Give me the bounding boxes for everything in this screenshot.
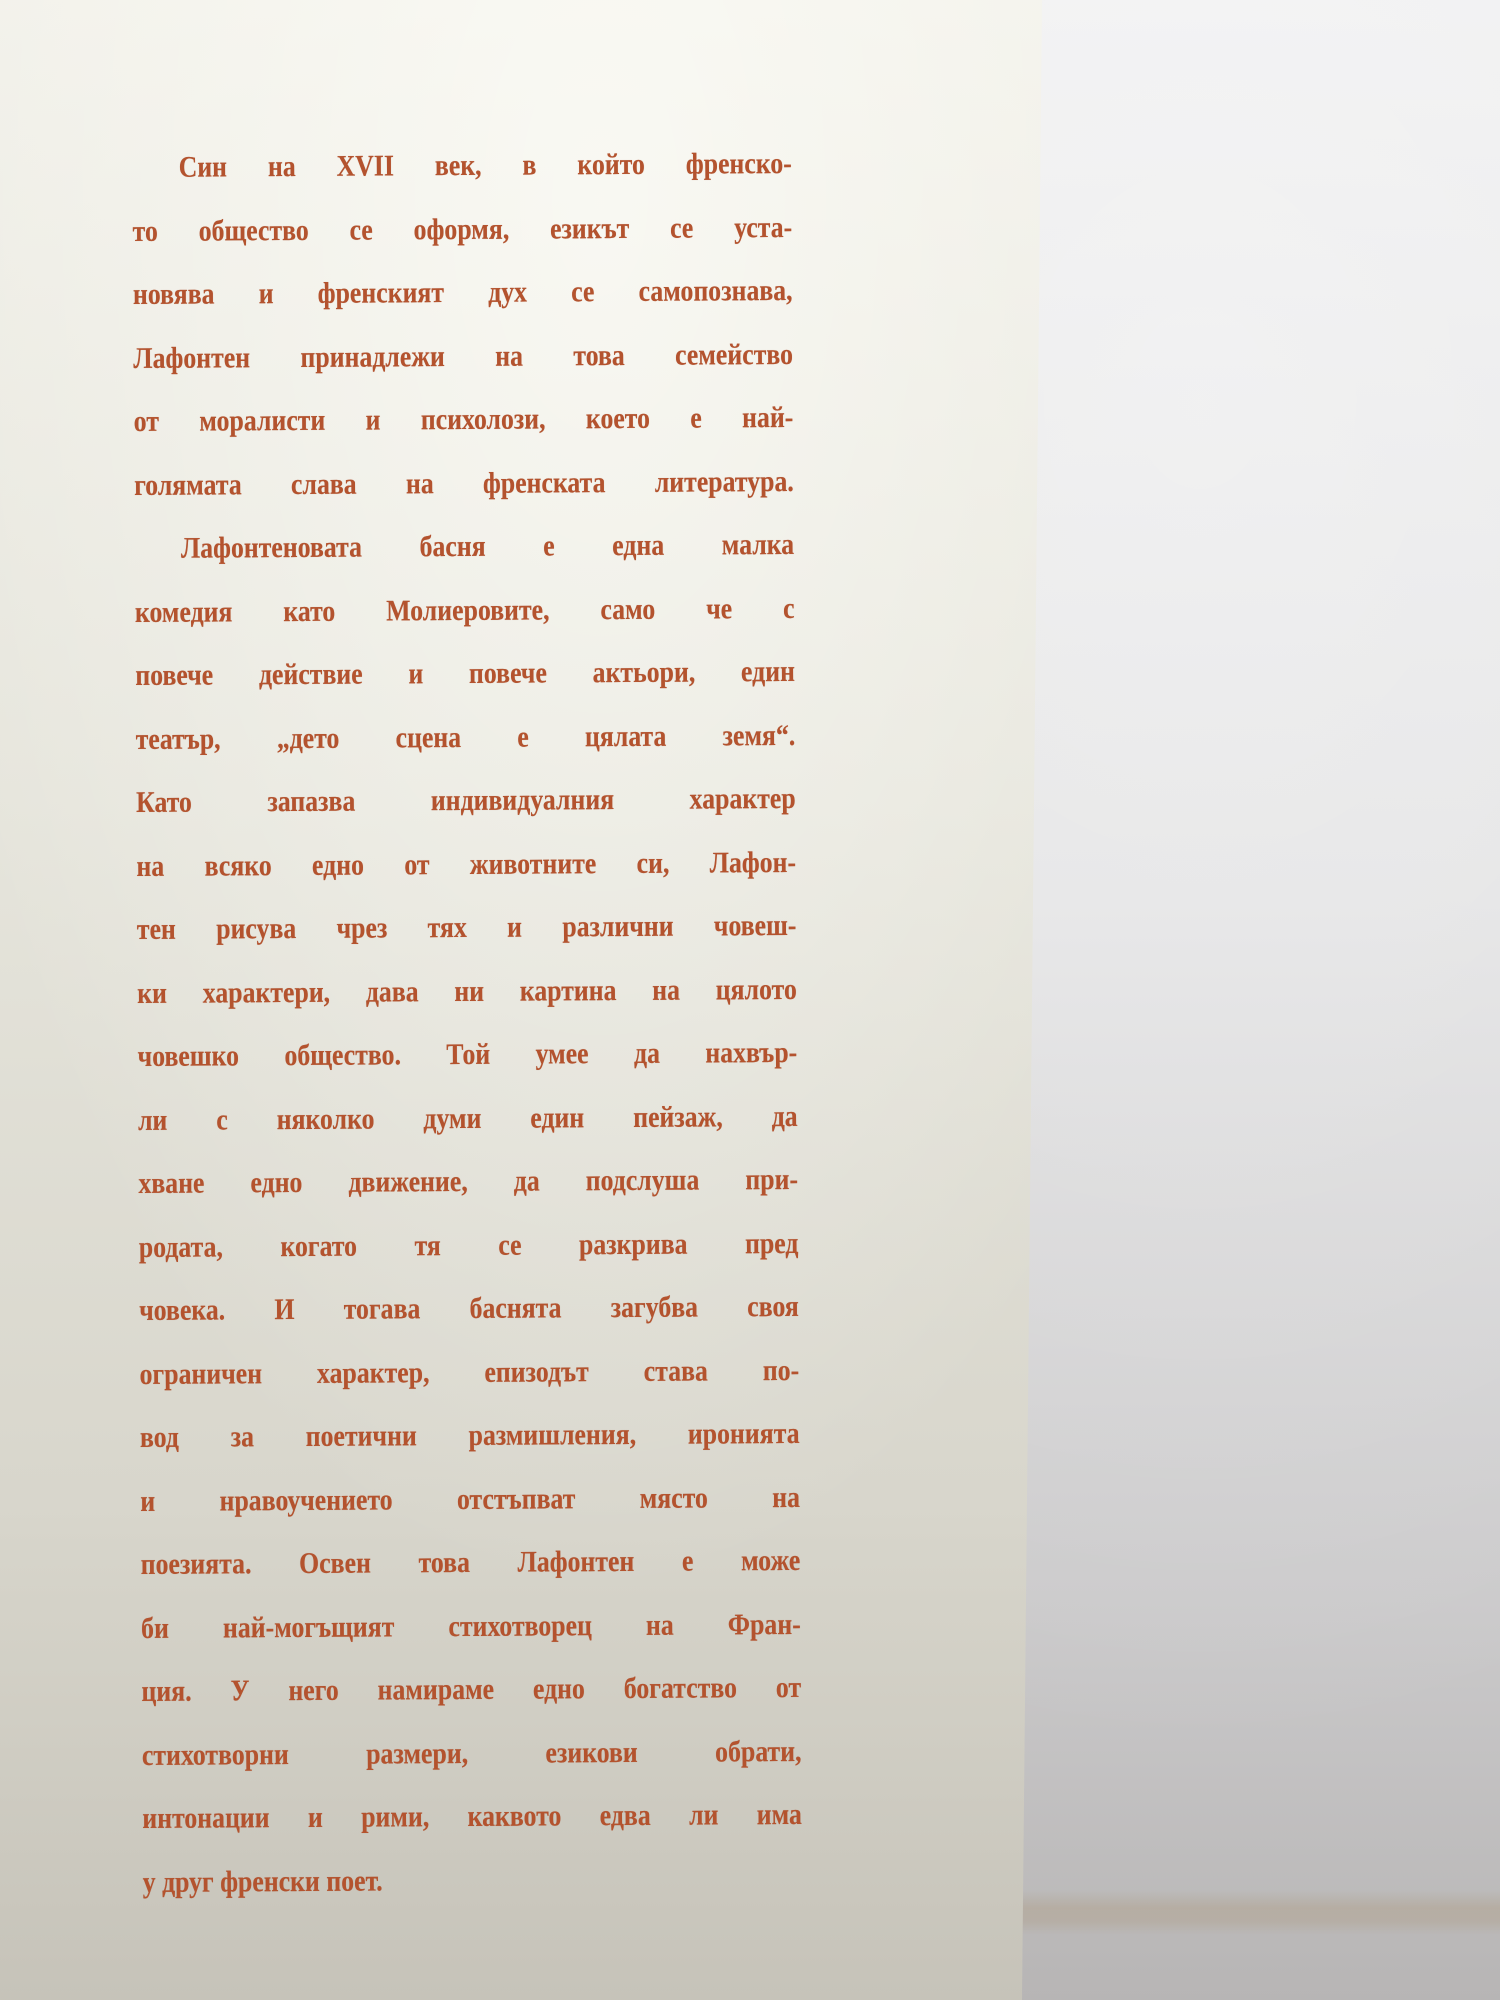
text-line: Син на XVII век, в който френско- xyxy=(132,132,792,200)
text-line: Лафонтен принадлежи на това семейство xyxy=(133,322,793,390)
text-line: би най-могъщият стихотворец на Фран- xyxy=(141,1592,801,1660)
text-line: ли с няколко думи един пейзаж, да xyxy=(138,1084,798,1152)
text-line: Лафонтеновата басня е една малка xyxy=(134,513,794,581)
text-line: човека. И тогава баснята загубва своя xyxy=(139,1275,799,1343)
text-line: родата, когато тя се разкрива пред xyxy=(139,1211,799,1279)
text-line: повече действие и повече актьори, един xyxy=(135,640,795,708)
text-line: комедия като Молиеровите, само че с xyxy=(135,576,795,644)
text-line: интонации и рими, каквото едва ли има xyxy=(142,1783,802,1851)
text-line: на всяко едно от животните си, Лафон- xyxy=(136,830,796,898)
page-text: Син на XVII век, в който френско- то общ… xyxy=(132,133,710,1914)
text-line: ция. У него намираме едно богатство от xyxy=(141,1656,801,1724)
text-line: театър, „дето сцена е цялата земя“. xyxy=(135,703,795,771)
text-line: и нравоучението отстъпват място на xyxy=(140,1465,800,1533)
text-line: от моралисти и психолози, което е най- xyxy=(134,386,794,454)
text-line: Като запазва индивидуалния характер xyxy=(136,767,796,835)
text-line: у друг френски поет. xyxy=(142,1846,802,1914)
text-line: ограничен характер, епизодът става по- xyxy=(139,1338,799,1406)
text-line: поезията. Освен това Лафонтен е може xyxy=(141,1529,801,1597)
text-line: стихотворни размери, езикови обрати, xyxy=(142,1719,802,1787)
text-line: ки характери, дава ни картина на цялото xyxy=(137,957,797,1025)
text-line: голямата слава на френската литература. xyxy=(134,449,794,517)
paper-stain xyxy=(1022,1890,1500,1935)
text-line: човешко общество. Той умее да нахвър- xyxy=(137,1021,797,1089)
text-line: хване едно движение, да подслуша при- xyxy=(138,1148,798,1216)
text-line: тен рисува чрез тях и различни човеш- xyxy=(137,894,797,962)
text-line: новява и френският дух се самопознава, xyxy=(133,259,793,327)
text-line: то общество се оформя, езикът се уста- xyxy=(132,195,792,263)
text-line: вод за поетични размишления, иронията xyxy=(140,1402,800,1470)
